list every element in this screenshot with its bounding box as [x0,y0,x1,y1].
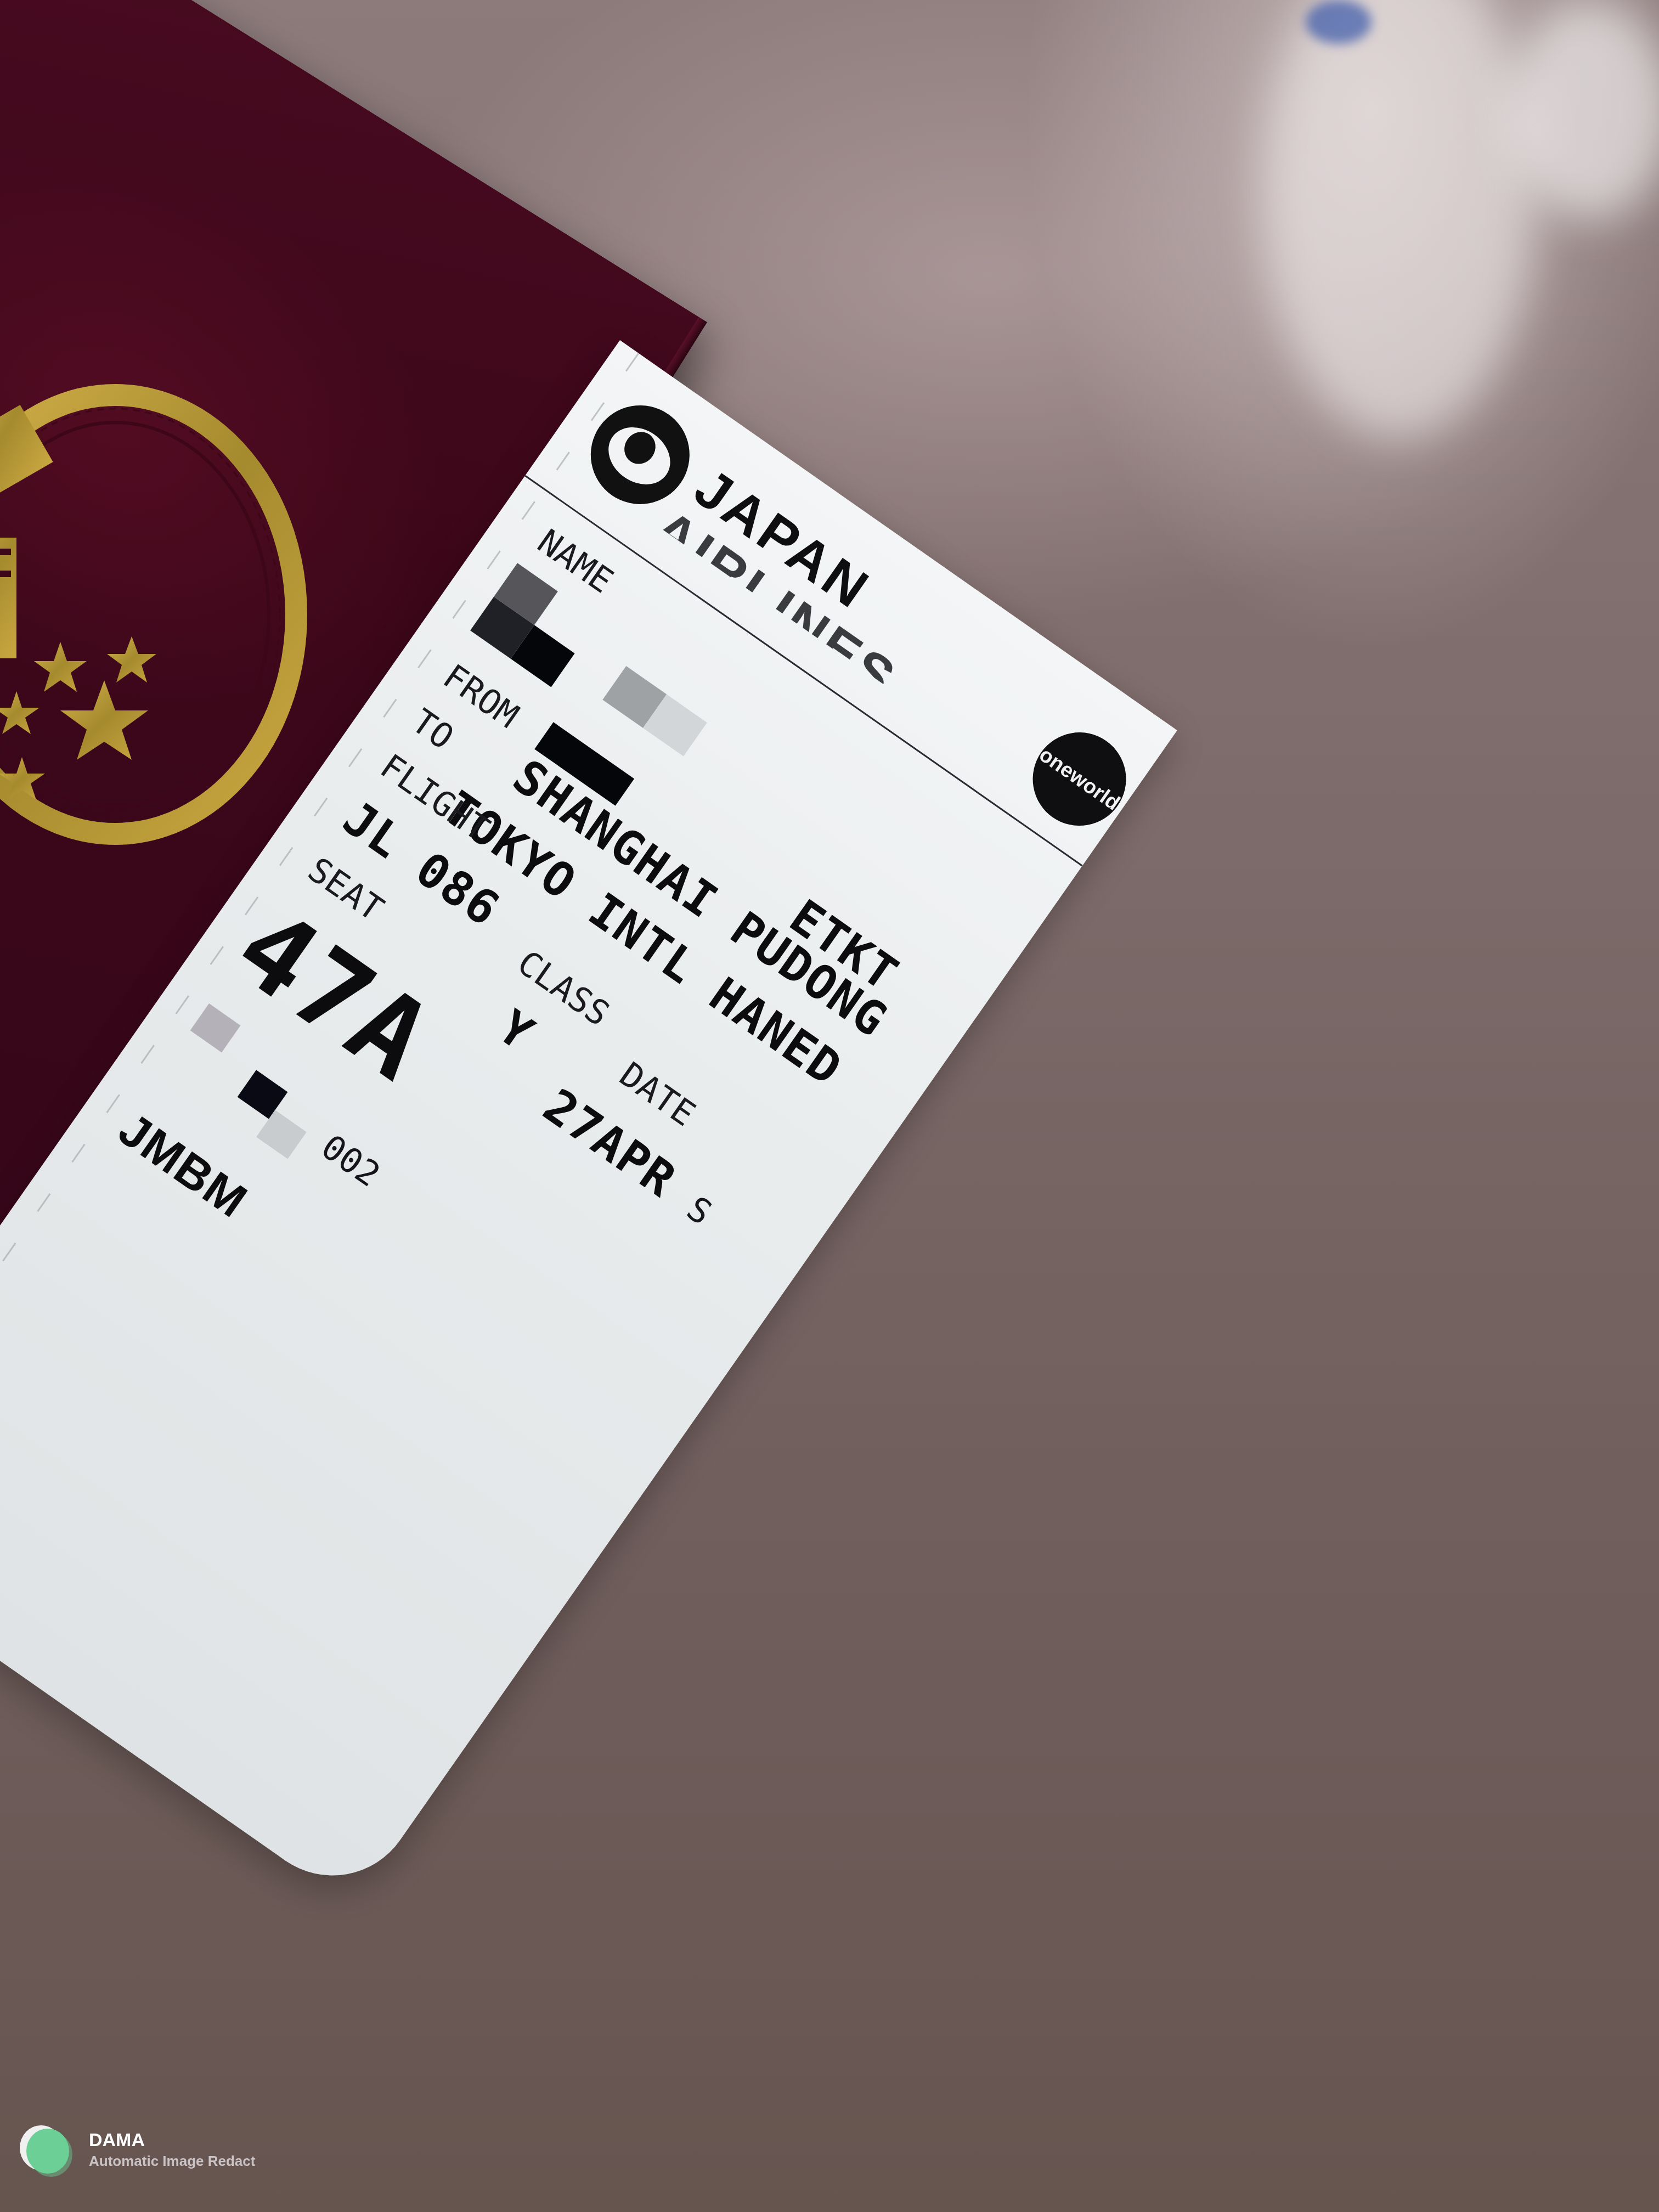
floor-reflection [1262,0,1536,439]
sequence-number: 002 [314,1127,388,1195]
national-emblem-icon [0,329,351,878]
dama-subtitle: Automatic Image Redact [89,2151,255,2171]
oneworld-badge: oneworld [1014,714,1144,844]
to-label: TO [404,701,461,758]
name-redaction [470,563,733,781]
booking-code: JMBM [109,1102,257,1229]
dama-title: DAMA [89,2129,255,2151]
dama-watermark: DAMA Automatic Image Redact [20,2125,255,2175]
dama-logo-icon [20,2125,69,2175]
floor-reflection [1509,0,1659,219]
floor-reflection-blue [1306,0,1372,44]
dama-text: DAMA Automatic Image Redact [89,2129,255,2171]
class-value: Y [488,1000,544,1062]
date-suffix: S [680,1188,719,1233]
